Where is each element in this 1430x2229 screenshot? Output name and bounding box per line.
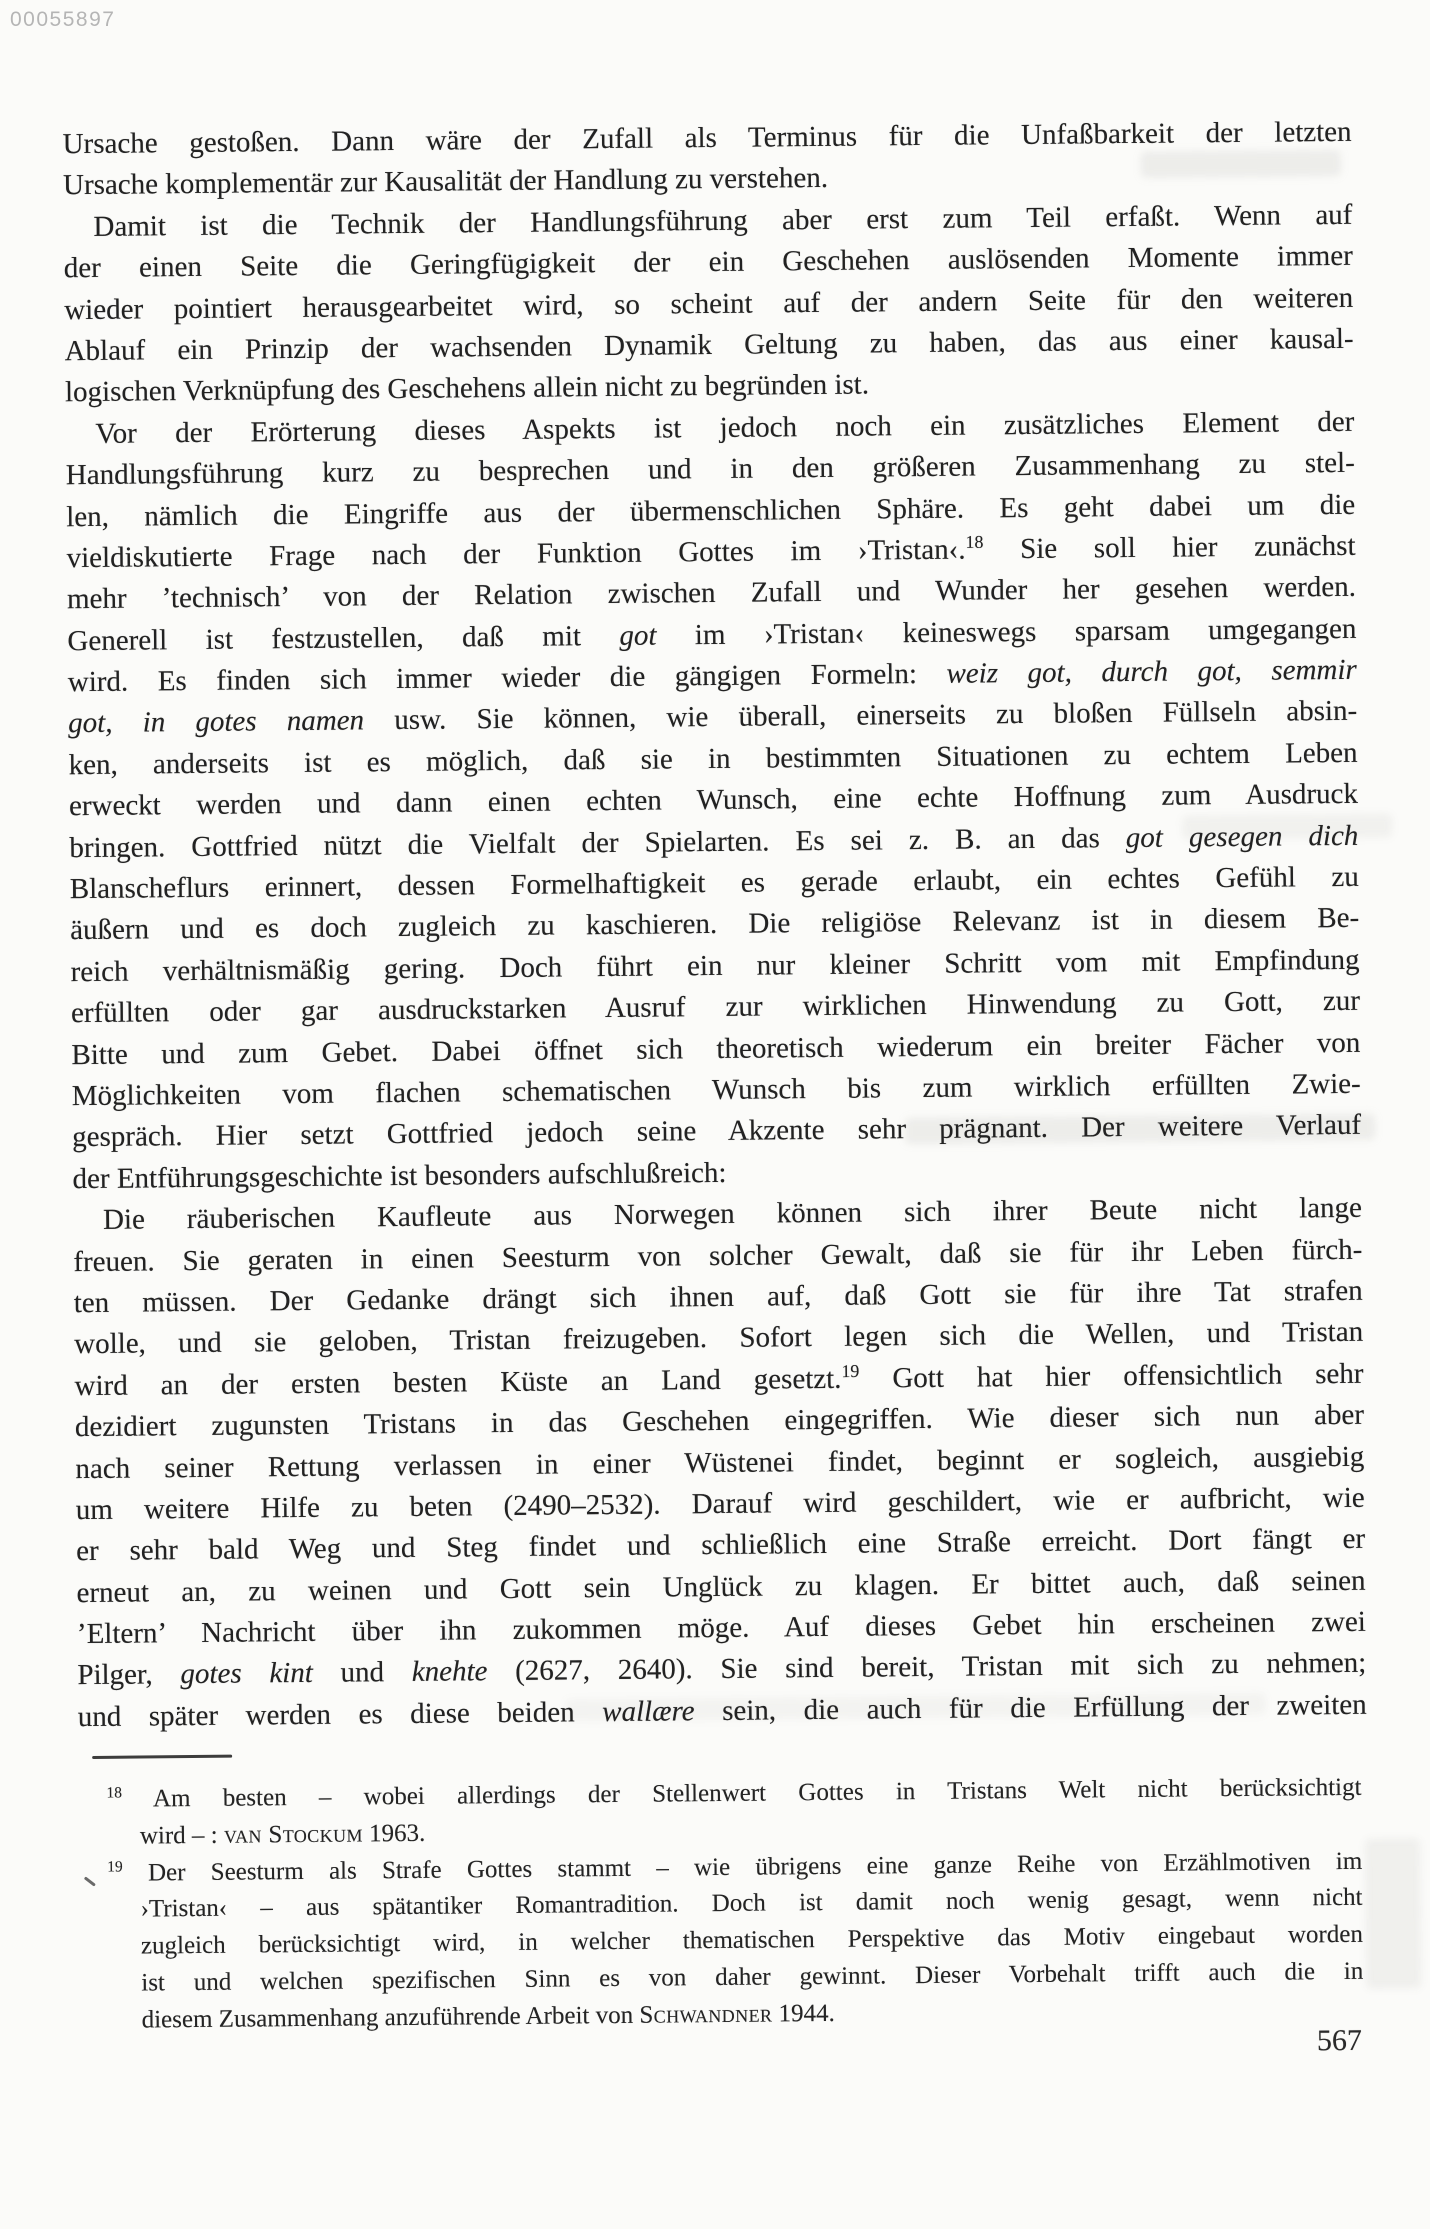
scanned-page: Ursache gestoßen. Dann wäre der Zufall a… <box>0 0 1430 2229</box>
body-text: Ursache gestoßen. Dann wäre der Zufall a… <box>62 112 1366 1739</box>
stray-mark <box>84 1876 96 1886</box>
bleed-through-smudge <box>1365 1838 1421 1989</box>
footnotes: 18 Am besten – wobei allerdings der Stel… <box>106 1770 1363 2040</box>
footnote-reference: 19 <box>841 1361 859 1381</box>
footnote-separator-rule <box>92 1755 232 1759</box>
footnote-reference: 19 <box>107 1858 123 1875</box>
page-number: 567 <box>1317 2024 1362 2058</box>
footnote-reference: 18 <box>965 532 983 552</box>
footnote-reference: 18 <box>106 1784 122 1801</box>
